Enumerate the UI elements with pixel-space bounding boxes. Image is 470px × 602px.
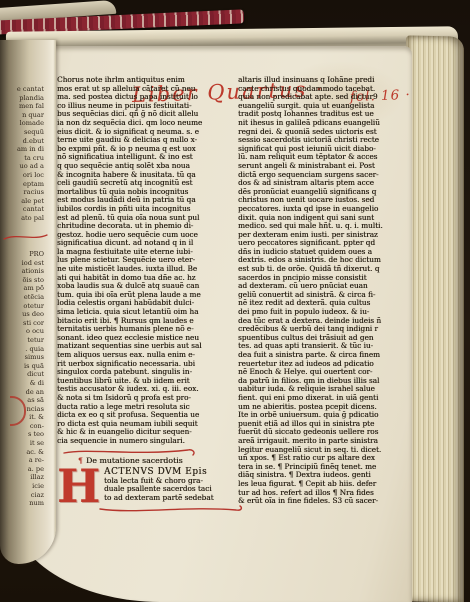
chapter-opening: H ACTENVS DVM Epistola lecta fuit & chor… [57, 468, 236, 508]
margin-fragment-line: am in di [0, 145, 44, 154]
margin-fragment-line: tetur [0, 336, 44, 345]
margin-fragment-line: icie [0, 482, 44, 491]
margin-fragments-bottom: PROiod estationisõis stoam põetẽciaotetu… [0, 250, 44, 508]
margin-fragment-line: ato pal [0, 214, 44, 223]
margin-fragment-line: & di [0, 379, 44, 388]
margin-fragment-line: num [0, 499, 44, 508]
book-photo: Liber Quartus · fol. 16 · Chorus note ih… [0, 0, 470, 602]
margin-fragment-line: simus [0, 353, 44, 362]
margin-fragment-line: ationis [0, 267, 44, 276]
margin-fragment-line: racius [0, 188, 44, 197]
margin-fragment-line: am põ [0, 284, 44, 293]
margin-fragment-line: de an [0, 388, 44, 397]
margin-fragment-line: eptam [0, 180, 44, 189]
margin-fragment-line: ac. & [0, 448, 44, 457]
red-flourish-stroke [96, 504, 246, 516]
margin-fragment-line: con- [0, 422, 44, 431]
initial-h: H [57, 466, 101, 508]
rubric-text: De mutatione sacerdotis [86, 456, 183, 465]
margin-fragment-line: ciaz [0, 491, 44, 500]
red-flourish-stroke [2, 231, 50, 243]
margin-fragment-line: s teo [0, 430, 44, 439]
margin-fragment-line: men fal [0, 102, 44, 111]
margin-fragment-line: iod est [0, 259, 44, 268]
margin-fragment-line: cantat [0, 205, 44, 214]
text-column-left: Chorus note ihrlm antiquitus enimmos era… [57, 76, 236, 448]
margin-fragment-line: is quã [0, 362, 44, 371]
margin-fragment-line: dicut [0, 370, 44, 379]
text-line: & erũt oĩa in fine fideles. S3 cũ sacer- [238, 497, 414, 506]
margin-fragment-line: lomade [0, 119, 44, 128]
margin-fragment-line: d.ebut [0, 137, 44, 146]
previous-page-edge: e cantatplandiamen faln quarlomadesequũd… [0, 40, 56, 564]
margin-fragment-line: e cantat [0, 85, 44, 94]
margin-fragment-line: n quar [0, 111, 44, 120]
margin-fragment-line: sti cor [0, 319, 44, 328]
red-flourish [2, 228, 50, 240]
margin-fragment-line: plandia [0, 94, 44, 103]
margin-fragment-line: otetur [0, 302, 44, 311]
margin-fragment-line: ale pet [0, 197, 44, 206]
margin-fragment-line: ta cru [0, 154, 44, 163]
margin-fragment-line: us deo [0, 310, 44, 319]
book-page: Liber Quartus · fol. 16 · Chorus note ih… [10, 46, 412, 602]
margin-fragment-line: . quia [0, 345, 44, 354]
red-flourish [96, 504, 246, 516]
margin-fragment-line: PRO [0, 250, 44, 259]
margin-fragment-line: a re- [0, 456, 44, 465]
margin-fragment-line: etẽcia [0, 293, 44, 302]
margin-fragment-line: ori loc [0, 171, 44, 180]
margin-fragments-top: e cantatplandiamen faln quarlomadesequũd… [0, 85, 44, 223]
margin-fragment-line: o ocu [0, 327, 44, 336]
margin-fragment-line: õis sto [0, 276, 44, 285]
margin-fragment-line: it se [0, 439, 44, 448]
margin-fragment-line: a. pe [0, 465, 44, 474]
margin-fragment-line: illaz [0, 473, 44, 482]
text-column-right: altaris illud insinuans q Iohãne predica… [238, 76, 414, 508]
fore-edge-pages [406, 35, 464, 602]
margin-fragment-line: sequũ [0, 128, 44, 137]
margin-fragment-line: uo ad a [0, 162, 44, 171]
text-line: cia sequencie in numero singulari. [57, 437, 236, 446]
